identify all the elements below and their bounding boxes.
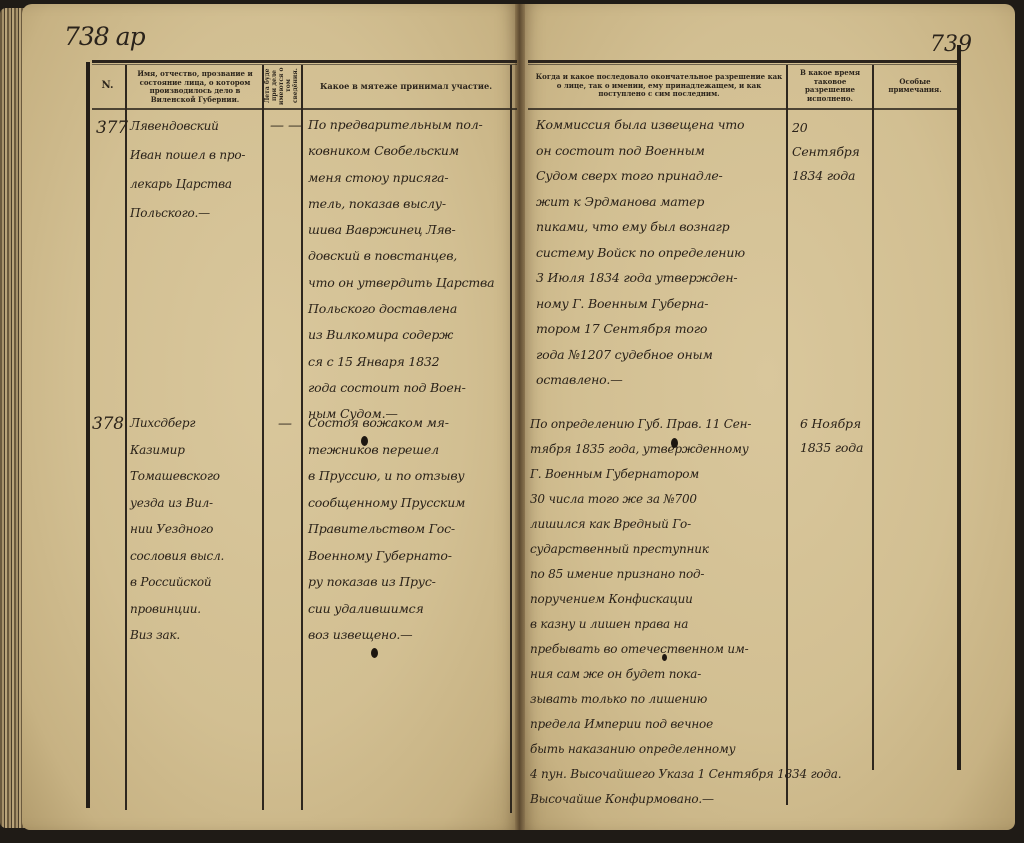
top-rule-left-thin [92, 64, 517, 65]
top-rule-left [92, 60, 517, 63]
ink-spot [361, 436, 368, 446]
header-resolution: Когда и какое последовало окончательное … [533, 66, 785, 106]
ink-spot [662, 654, 667, 661]
entry-378-property-mark: — [278, 410, 292, 438]
entry-377-property-mark: — — [270, 112, 302, 140]
entry-377-executed: 20 Сентября 1834 года [792, 116, 876, 188]
header-person: Имя, отчество, прозвание и состояние лиц… [130, 66, 260, 108]
header-rule-right [528, 108, 958, 110]
folio-left: 738 ap [64, 22, 145, 51]
header-number: N. [90, 66, 125, 106]
entry-377-participation: По предварительным пол- ковником Свобель… [308, 112, 512, 428]
folio-right: 739 [930, 32, 972, 57]
entry-378-person: Лихсдберг Казимир Томашевского уезда из … [130, 410, 262, 649]
col-line-number [125, 65, 127, 810]
col-line-property [301, 65, 303, 810]
entry-377-number: 377 [96, 114, 128, 142]
entry-378-executed: 6 Ноября 1835 года [800, 412, 884, 460]
ink-spot [671, 438, 678, 448]
entry-378-resolution: По определению Губ. Прав. 11 Сен- тября … [530, 412, 860, 812]
header-participation: Какое в мятеже принимал участие. [303, 66, 509, 106]
header-remarks: Особые примечания. [874, 66, 956, 106]
entry-377-person: Лявендовский Иван пошел в про- лекарь Ца… [130, 112, 262, 228]
header-property: Лета буде при деле имеются о том сведēни… [263, 66, 300, 106]
book-gutter [515, 4, 525, 830]
header-rule-left [92, 108, 517, 110]
top-rule-right-thin [528, 64, 958, 65]
entry-378-number: 378 [92, 410, 124, 438]
entry-377-resolution: Коммиссия была извещена что он состоит п… [536, 112, 788, 393]
col-line-person [262, 65, 264, 810]
ledger-book: 738 ap 739 N. Имя, отчество, прозвание и… [0, 0, 1024, 843]
right-margin-line [957, 45, 961, 770]
top-rule-right [528, 60, 958, 63]
ink-spot [371, 648, 378, 658]
header-executed: В какое время таковое разрешение исполне… [788, 66, 872, 106]
entry-378-participation: Состоя вожаком мя- тежников перешел в Пр… [308, 410, 512, 649]
left-margin-line [86, 62, 90, 808]
